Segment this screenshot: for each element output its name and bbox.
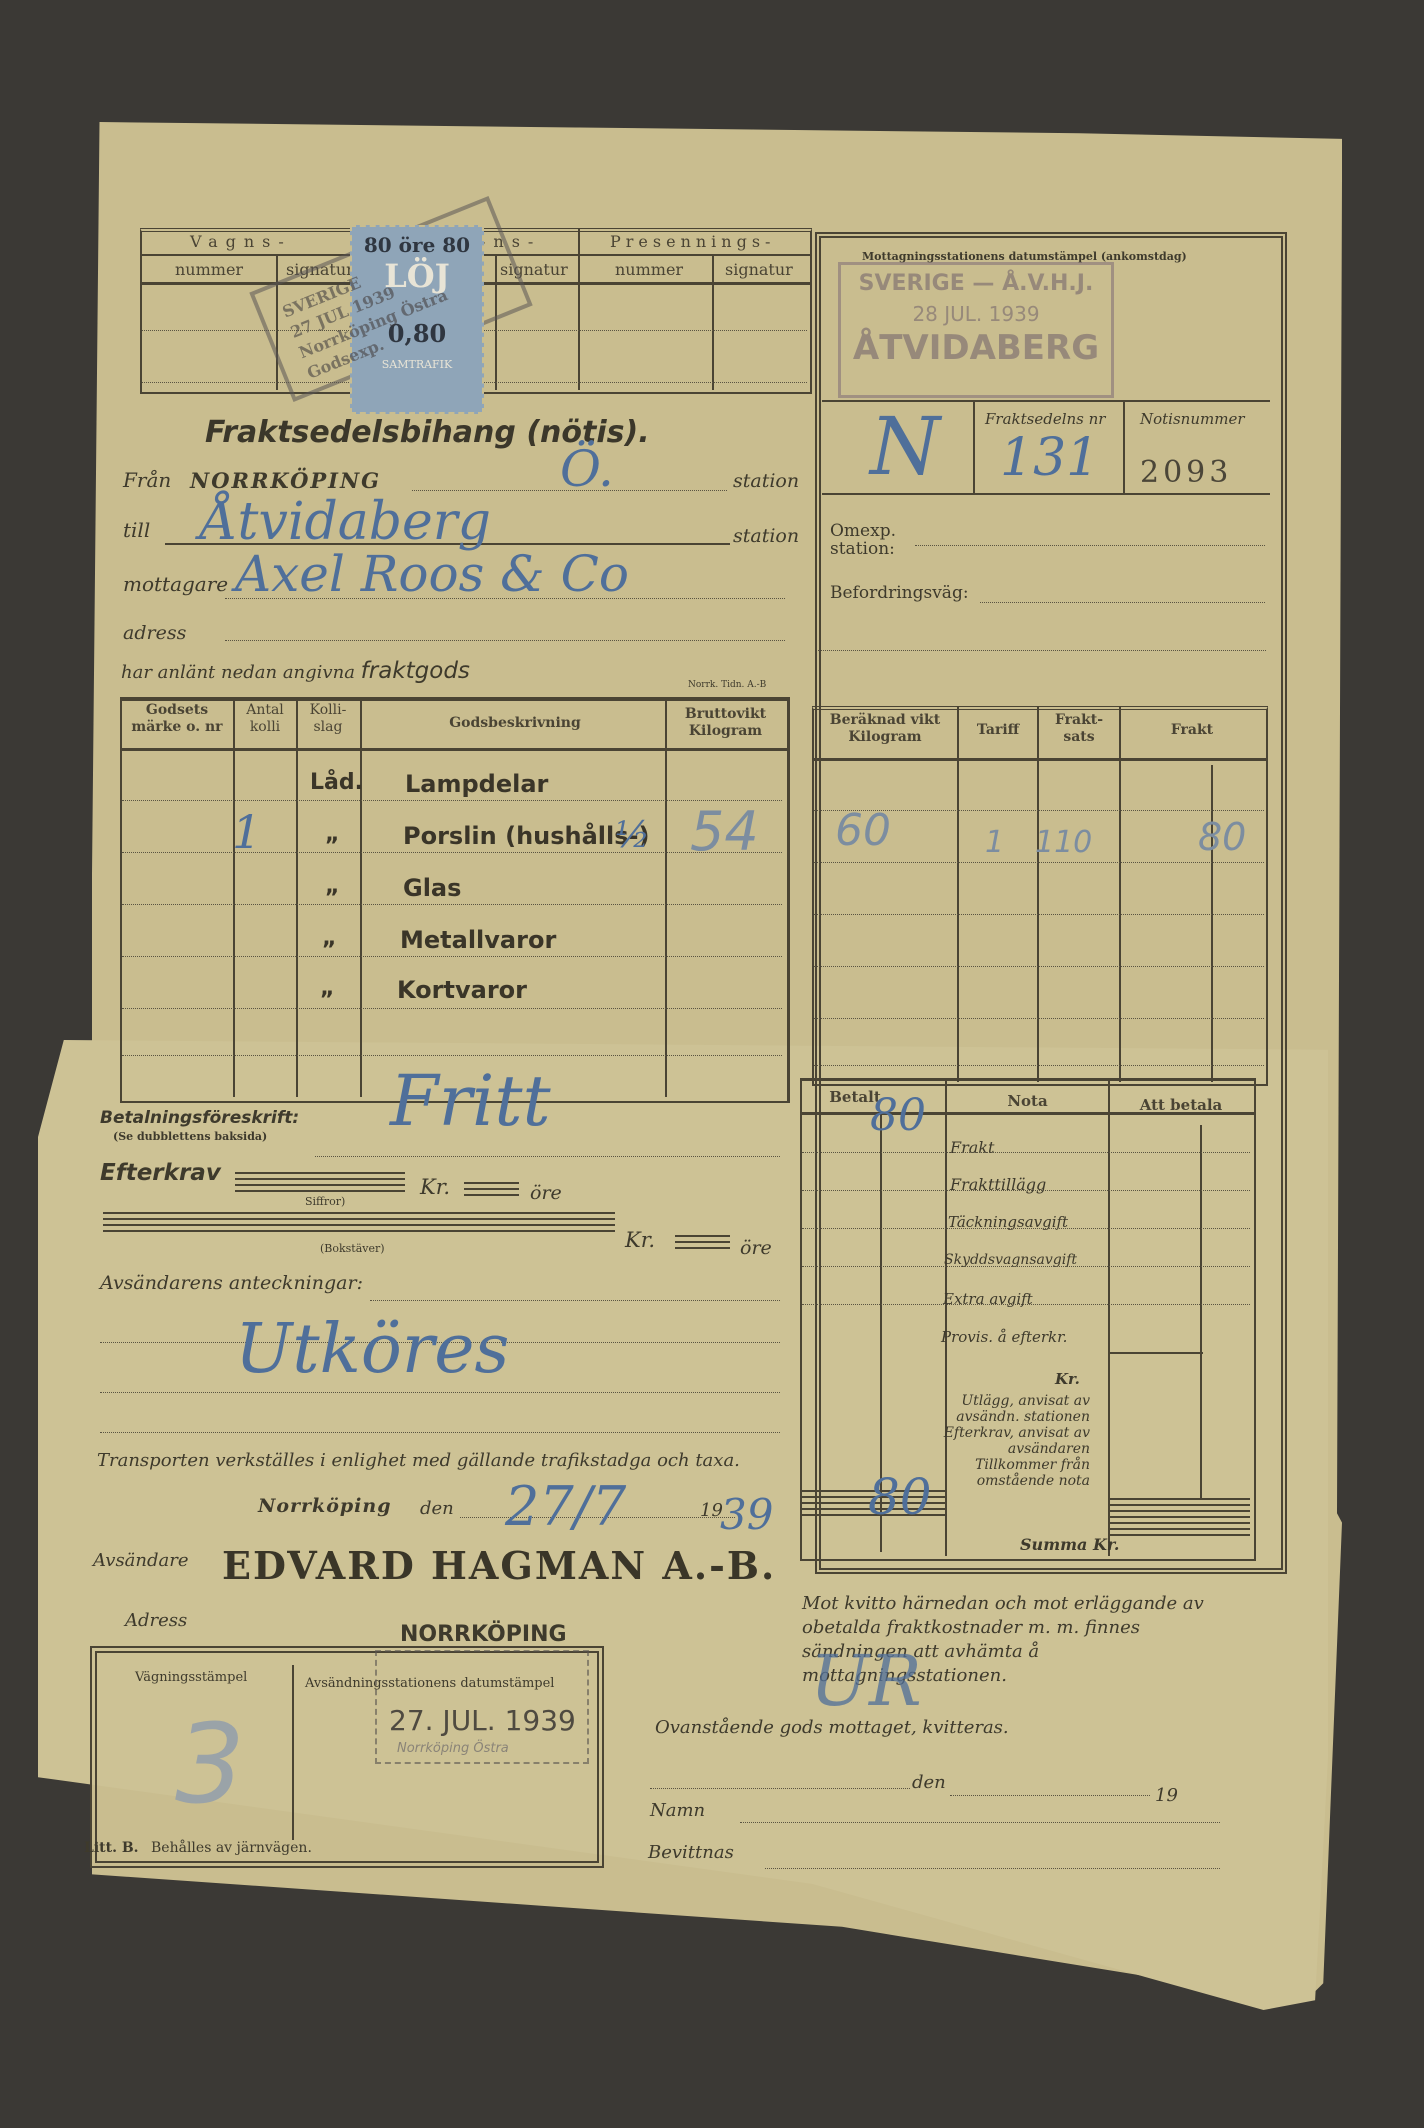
cod-ore-field-2: [675, 1235, 730, 1251]
dispatch-date-stamp: 27. JUL. 1939 Norrköping Östra: [375, 1650, 589, 1764]
row-line: [802, 1190, 1250, 1191]
receipt-witness-field: [765, 1868, 1220, 1869]
dotted-line: [650, 1788, 910, 1789]
freight-tariff: 1: [985, 825, 1004, 860]
cod-kr-2: Kr.: [625, 1228, 655, 1252]
goods-header-type: Kolli-slag: [299, 702, 357, 736]
dotted-line: [225, 640, 785, 641]
receipt-name-field: [740, 1822, 1220, 1823]
row-line: [814, 1065, 1264, 1066]
nota-header-nota: Nota: [950, 1092, 1105, 1110]
divider: [1200, 1125, 1202, 1500]
cod-kr-1: Kr.: [420, 1175, 450, 1199]
goods-weight: 54: [690, 800, 759, 863]
nota-paid-handwritten: 80: [870, 1090, 926, 1141]
nota-kr-label: Kr.: [1055, 1370, 1080, 1388]
row-line: [802, 1152, 1250, 1153]
goods-type: „: [325, 874, 339, 899]
nota-item-cod: Efterkrav, anvisat av avsändaren: [938, 1425, 1090, 1457]
arrival-date-stamp: SVERIGE — Å.V.H.J. 28 JUL. 1939 ÅTVIDABE…: [838, 262, 1114, 398]
row-line: [802, 1304, 1250, 1305]
notice-label: Notisnummer: [1140, 410, 1245, 428]
goods-desc: Glas: [403, 874, 461, 902]
receipt-witness-label: Bevittnas: [648, 1842, 734, 1863]
form-id: Litt. B.: [84, 1840, 139, 1856]
receipt-year: 19: [1155, 1785, 1178, 1806]
arrival-stamp-line1: SVERIGE — Å.V.H.J.: [841, 271, 1111, 296]
row-line: [122, 904, 782, 905]
dotted-line: [980, 602, 1265, 603]
receipt-confirm: Ovanstående gods mottaget, kvitteras.: [655, 1717, 1009, 1738]
goods-type: „: [322, 926, 336, 951]
goods-type: „: [320, 976, 334, 1001]
sender-address-label: Adress: [125, 1610, 187, 1631]
transport-text: Transporten verkställes i enlighet med g…: [97, 1450, 740, 1471]
goods-desc: Kortvaror: [397, 976, 527, 1004]
row-line: [122, 852, 782, 853]
row-line: [122, 1055, 782, 1056]
station-label-2: station: [733, 525, 799, 547]
nota-item-extra: Extra avgift: [943, 1290, 1033, 1308]
cod-ore-2: öre: [740, 1237, 772, 1259]
dotted-line: [370, 1300, 780, 1301]
divider: [296, 697, 298, 1097]
dotted-line: [915, 545, 1265, 546]
cod-ore-1: öre: [530, 1182, 562, 1204]
arrived-text: har anlänt nedan angivna fraktgods: [121, 658, 470, 684]
dotted-line: [100, 1432, 780, 1433]
from-station: NORRKÖPING: [190, 468, 381, 493]
col-nummer-3: nummer: [615, 260, 683, 279]
freight-amount: 80: [1198, 815, 1246, 859]
freight-table: [812, 706, 1268, 1086]
col-nummer-1: nummer: [175, 260, 243, 279]
nota-item-outlay: Utlägg, anvisat av avsändn. stationen: [938, 1393, 1090, 1425]
form-footer: Litt. B. Behålles av järnvägen.: [84, 1840, 312, 1856]
cod-letters-field: [103, 1212, 615, 1234]
notes-label: Avsändarens anteckningar:: [100, 1272, 363, 1294]
sender-address-value: NORRKÖPING: [400, 1622, 567, 1647]
weigh-handwritten: 3: [175, 1700, 245, 1828]
goods-count: 1: [232, 805, 261, 859]
goods-desc: Porslin (hushålls-): [403, 822, 649, 850]
freight-header-rate: Frakt-sats: [1040, 712, 1118, 746]
cod-digits-label: Siffror): [305, 1195, 345, 1208]
form-note: Behålles av järnvägen.: [151, 1840, 312, 1856]
goods-desc: Metallvaror: [400, 926, 556, 954]
notice-value: 2093: [1140, 455, 1232, 490]
payment-handwritten: Fritt: [390, 1060, 551, 1142]
arrival-stamp-station: ÅTVIDABERG: [841, 328, 1111, 368]
sender-name: EDVARD HAGMAN A.-B.: [222, 1543, 776, 1588]
row-line: [122, 956, 782, 957]
divider: [822, 493, 1270, 495]
row-line: [802, 1228, 1250, 1229]
row-line: [802, 1266, 1250, 1267]
divider: [973, 400, 975, 493]
route-label: Befordringsväg:: [830, 583, 969, 603]
arrived-text-a: har anlänt nedan angivna: [121, 662, 355, 683]
sender-year-handwritten: 39: [720, 1490, 773, 1539]
wagon-group-1: Vagns-: [190, 232, 292, 251]
row-line: [122, 1008, 782, 1009]
goods-type: „: [325, 822, 339, 847]
freight-weight: 60: [835, 805, 891, 856]
dotted-line: [100, 1392, 780, 1393]
freight-rate: 110: [1035, 825, 1092, 860]
dotted-line: [950, 1795, 1150, 1796]
freight-header-tariff: Tariff: [960, 722, 1036, 738]
divider: [578, 228, 580, 390]
row-line: [814, 966, 1264, 967]
nota-header-due: Att betala: [1112, 1096, 1250, 1114]
sender-label: Avsändare: [93, 1550, 189, 1571]
payment-sublabel: (Se dubblettens baksida): [113, 1130, 267, 1143]
divider: [1037, 706, 1039, 1082]
row-line: [122, 800, 782, 801]
sender-date-handwritten: 27/7: [505, 1475, 626, 1538]
divider: [292, 1665, 294, 1840]
divider: [120, 748, 787, 751]
arrival-stamp-date: 28 JUL. 1939: [841, 302, 1111, 326]
nota-item-frakttillagg: Frakttillägg: [950, 1175, 1046, 1194]
goods-header-weight: Bruttovikt Kilogram: [668, 706, 783, 740]
arrived-text-b: fraktgods: [361, 658, 470, 684]
dotted-line: [818, 650, 1266, 651]
divider: [1123, 400, 1125, 493]
row-line: [814, 914, 1264, 915]
goods-header-mark: Godsets märke o. nr: [122, 702, 232, 736]
divider: [1108, 1352, 1203, 1354]
from-handwritten: Ö.: [560, 440, 614, 498]
divider: [1108, 1078, 1110, 1556]
printer-credit: Norrk. Tidn. A.-B: [688, 680, 766, 690]
cod-label: Efterkrav: [100, 1160, 221, 1186]
goods-desc-note: ½: [615, 815, 650, 856]
address-label: adress: [123, 622, 186, 644]
cod-ore-field: [464, 1182, 519, 1198]
from-label: Från: [123, 468, 171, 492]
nota-item-frakt: Frakt: [950, 1138, 994, 1157]
recipient-label: mottagare: [123, 572, 228, 596]
goods-desc: Lampdelar: [405, 770, 548, 798]
divider: [1211, 765, 1213, 1082]
station-label-1: station: [733, 470, 799, 492]
dotted-line: [315, 1156, 780, 1157]
sender-den: den: [420, 1498, 454, 1519]
goods-header-desc: Godsbeskrivning: [365, 715, 665, 731]
divider: [233, 697, 235, 1097]
weigh-stamp-label: Vägningsstämpel: [135, 1670, 247, 1685]
freight-header-freight: Frakt: [1122, 722, 1262, 738]
row-line: [814, 1018, 1264, 1019]
receipt-den: den: [912, 1772, 946, 1793]
divider: [360, 697, 362, 1097]
wagon-group-3: Presennings-: [610, 232, 775, 251]
waybill-value: 131: [1000, 428, 1099, 488]
summa-due-field: [1110, 1498, 1250, 1538]
divider: [957, 706, 959, 1082]
divider: [665, 697, 667, 1097]
summa-paid-handwritten: 80: [868, 1468, 932, 1526]
sender-place: Norrköping: [258, 1495, 392, 1517]
nota-item-from-overleaf: Tillkommer från omstående nota: [938, 1457, 1090, 1489]
divider: [712, 254, 714, 390]
cod-digits-field: [235, 1172, 405, 1194]
handwritten-mark: N: [870, 400, 940, 493]
col-signatur-3: signatur: [725, 260, 793, 279]
divider: [1119, 706, 1121, 1082]
nota-item-provis: Provis. å efterkr.: [941, 1328, 1067, 1346]
dispatch-stamp-station: Norrköping Östra: [397, 1741, 587, 1756]
goods-header-count: Antal kolli: [236, 702, 294, 736]
divider: [812, 758, 1266, 761]
to-handwritten: Åtvidaberg: [200, 492, 491, 552]
dispatch-stamp-date: 27. JUL. 1939: [389, 1704, 587, 1737]
omexp-label: Omexp. station:: [830, 522, 920, 558]
receipt-initials: UR: [810, 1640, 922, 1722]
receipt-name-label: Namn: [650, 1800, 705, 1821]
waybill-label: Fraktsedelns nr: [985, 410, 1105, 428]
payment-label: Betalningsföreskrift:: [100, 1108, 299, 1128]
goods-type: Låd.: [310, 770, 363, 795]
nota-items-2: Utlägg, anvisat av avsändn. stationen Ef…: [938, 1393, 1090, 1489]
notes-handwritten: Utköres: [235, 1310, 509, 1389]
recipient-handwritten: Axel Roos & Co: [235, 545, 629, 603]
summa-label: Summa Kr.: [1020, 1535, 1119, 1554]
freight-header-weight: Beräknad vikt Kilogram: [815, 712, 955, 746]
row-line: [814, 862, 1264, 863]
cod-letters-label: (Bokstäver): [320, 1242, 385, 1255]
to-label: till: [123, 518, 150, 542]
